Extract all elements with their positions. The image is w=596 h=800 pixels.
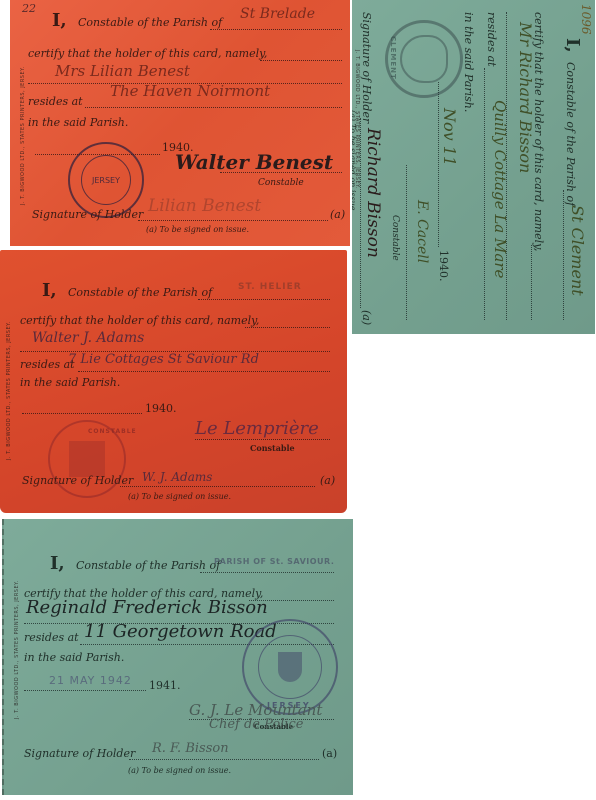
constable-line-label: Constable of the Parish of bbox=[76, 559, 220, 572]
registration-card-1: 22 J. T. BIGWOOD LTD., STATES PRINTERS, … bbox=[10, 0, 350, 246]
holder-name: Mrs Lilian Benest bbox=[55, 62, 190, 80]
constable-line-label: Constable of the Parish of bbox=[78, 16, 222, 29]
holder-signature-dotted-line bbox=[138, 220, 328, 221]
parish-handwritten: St Clement bbox=[568, 205, 587, 296]
address-dotted-line bbox=[484, 68, 485, 320]
holder-signature: W. J. Adams bbox=[142, 470, 212, 484]
parish-dotted-line bbox=[210, 29, 342, 30]
signature-marker: (a) bbox=[330, 208, 345, 221]
date-dotted-line bbox=[24, 690, 146, 691]
parish-stamp: JERSEY bbox=[68, 142, 144, 218]
date-stamp: 21 MAY 1942 bbox=[49, 674, 132, 687]
registration-card-3: J. T. BIGWOOD LTD., STATES PRINTERS, JER… bbox=[0, 250, 347, 513]
constable-dotted-line bbox=[406, 165, 407, 320]
constable-line-label: Constable of the Parish of bbox=[564, 62, 577, 206]
address-dotted-line bbox=[85, 107, 342, 108]
holder-signature-label: Signature of Holder bbox=[360, 12, 373, 123]
constable-signature: Le Lemprière bbox=[195, 418, 319, 439]
resides-label: resides at bbox=[28, 95, 83, 108]
stamp-text: CONSTABLE bbox=[88, 428, 137, 435]
printer-imprint: J. T. BIGWOOD LTD., STATES PRINTERS, JER… bbox=[6, 321, 12, 460]
holder-signature-label: Signature of Holder bbox=[22, 474, 133, 487]
address: The Haven Noirmont bbox=[110, 82, 270, 100]
certify-line-label: certify that the holder of this card, na… bbox=[28, 47, 267, 60]
constable-label: Constable bbox=[250, 443, 295, 453]
jersey-shield-icon bbox=[278, 652, 302, 682]
constable-dotted-line bbox=[220, 172, 342, 173]
printer-imprint: J. T. BIGWOOD LTD., STATES PRINTERS, JER… bbox=[14, 580, 20, 719]
address: 11 Georgetown Road bbox=[84, 621, 277, 642]
parish-dotted-line bbox=[198, 299, 330, 300]
namely-dotted-line bbox=[531, 245, 532, 320]
registration-card-4: J. T. BIGWOOD LTD., STATES PRINTERS, JER… bbox=[2, 519, 353, 795]
year: 1941. bbox=[149, 679, 181, 692]
holder-signature-dotted-line bbox=[360, 118, 361, 308]
parish-stamped: PARISH OF St. SAVIOUR. bbox=[214, 557, 334, 566]
footnote: (a) To be signed on issue. bbox=[128, 492, 231, 501]
namely-dotted-line bbox=[260, 60, 342, 61]
said-parish-label: in the said Parish. bbox=[24, 651, 124, 664]
holder-signature: Richard Bisson bbox=[363, 128, 383, 258]
footnote: (a) To be signed on issue. bbox=[128, 766, 231, 775]
constable-signature: Walter Benest bbox=[175, 150, 333, 174]
parish-dotted-line bbox=[563, 190, 564, 320]
date-dotted-line bbox=[438, 82, 439, 247]
resides-label: resides at bbox=[485, 12, 498, 67]
registration-card-2: 1096 J. T. BIGWOOD LTD., STATES PRINTERS… bbox=[352, 0, 595, 334]
namely-dotted-line bbox=[245, 327, 330, 328]
date-handwritten: Nov 11 bbox=[440, 108, 459, 166]
holder-name: Reginald Frederick Bisson bbox=[26, 597, 268, 618]
year: 1940. bbox=[437, 250, 450, 282]
big-letter-i: I, bbox=[562, 38, 583, 53]
big-letter-i: I, bbox=[50, 553, 65, 574]
holder-signature: R. F. Bisson bbox=[152, 741, 229, 756]
constable-label: Constable bbox=[390, 215, 400, 261]
emblem-text: CLEMENT bbox=[389, 36, 397, 80]
year: 1940. bbox=[145, 402, 177, 415]
parish-stamped: ST. HELIER bbox=[238, 282, 302, 292]
constable-dotted-line bbox=[195, 439, 330, 440]
resides-label: resides at bbox=[20, 358, 75, 371]
parish-handwritten: St Brelade bbox=[240, 6, 315, 22]
said-parish-label: in the said Parish. bbox=[28, 116, 128, 129]
said-parish-label: in the said Parish. bbox=[20, 376, 120, 389]
address-dotted-line bbox=[78, 371, 330, 372]
footnote: (a) To be signed on issue. bbox=[352, 110, 357, 213]
signature-marker: (a) bbox=[360, 310, 373, 325]
address: 7 Lie Cottages St Saviour Rd bbox=[68, 352, 259, 367]
holder-signature-dotted-line bbox=[129, 759, 319, 760]
constable-signature: E. Cacell bbox=[414, 200, 430, 263]
said-parish-label: in the said Parish. bbox=[462, 12, 475, 112]
footnote: (a) To be signed on issue. bbox=[146, 225, 249, 234]
signature-marker: (a) bbox=[320, 474, 335, 487]
constable-label: Constable bbox=[258, 178, 304, 188]
constable-line-label: Constable of the Parish of bbox=[68, 286, 212, 299]
holder-name: Mr Richard Bisson bbox=[516, 22, 535, 173]
date-dotted-line bbox=[22, 413, 142, 414]
signature-marker: (a) bbox=[322, 747, 337, 760]
big-letter-i: I, bbox=[42, 280, 57, 301]
resides-label: resides at bbox=[24, 631, 79, 644]
holder-name: Walter J. Adams bbox=[32, 330, 144, 346]
address: Quilly Cottage La Mare bbox=[491, 100, 509, 278]
constable-note: Chef de Police bbox=[209, 717, 303, 732]
printer-imprint: J. T. BIGWOOD LTD., STATES PRINTERS, JER… bbox=[20, 66, 26, 205]
big-letter-i: I, bbox=[52, 10, 67, 31]
corner-note: 22 bbox=[22, 2, 36, 15]
certify-line-label: certify that the holder of this card, na… bbox=[20, 314, 259, 327]
stamp-center-text: JERSEY bbox=[92, 176, 120, 185]
holder-signature-label: Signature of Holder bbox=[24, 747, 135, 760]
holder-signature-label: Signature of Holder bbox=[32, 208, 143, 221]
corner-note: 1096 bbox=[579, 4, 593, 35]
parish-dotted-line bbox=[200, 572, 334, 573]
holder-signature: Lilian Benest bbox=[148, 196, 261, 216]
holder-signature-dotted-line bbox=[120, 486, 315, 487]
